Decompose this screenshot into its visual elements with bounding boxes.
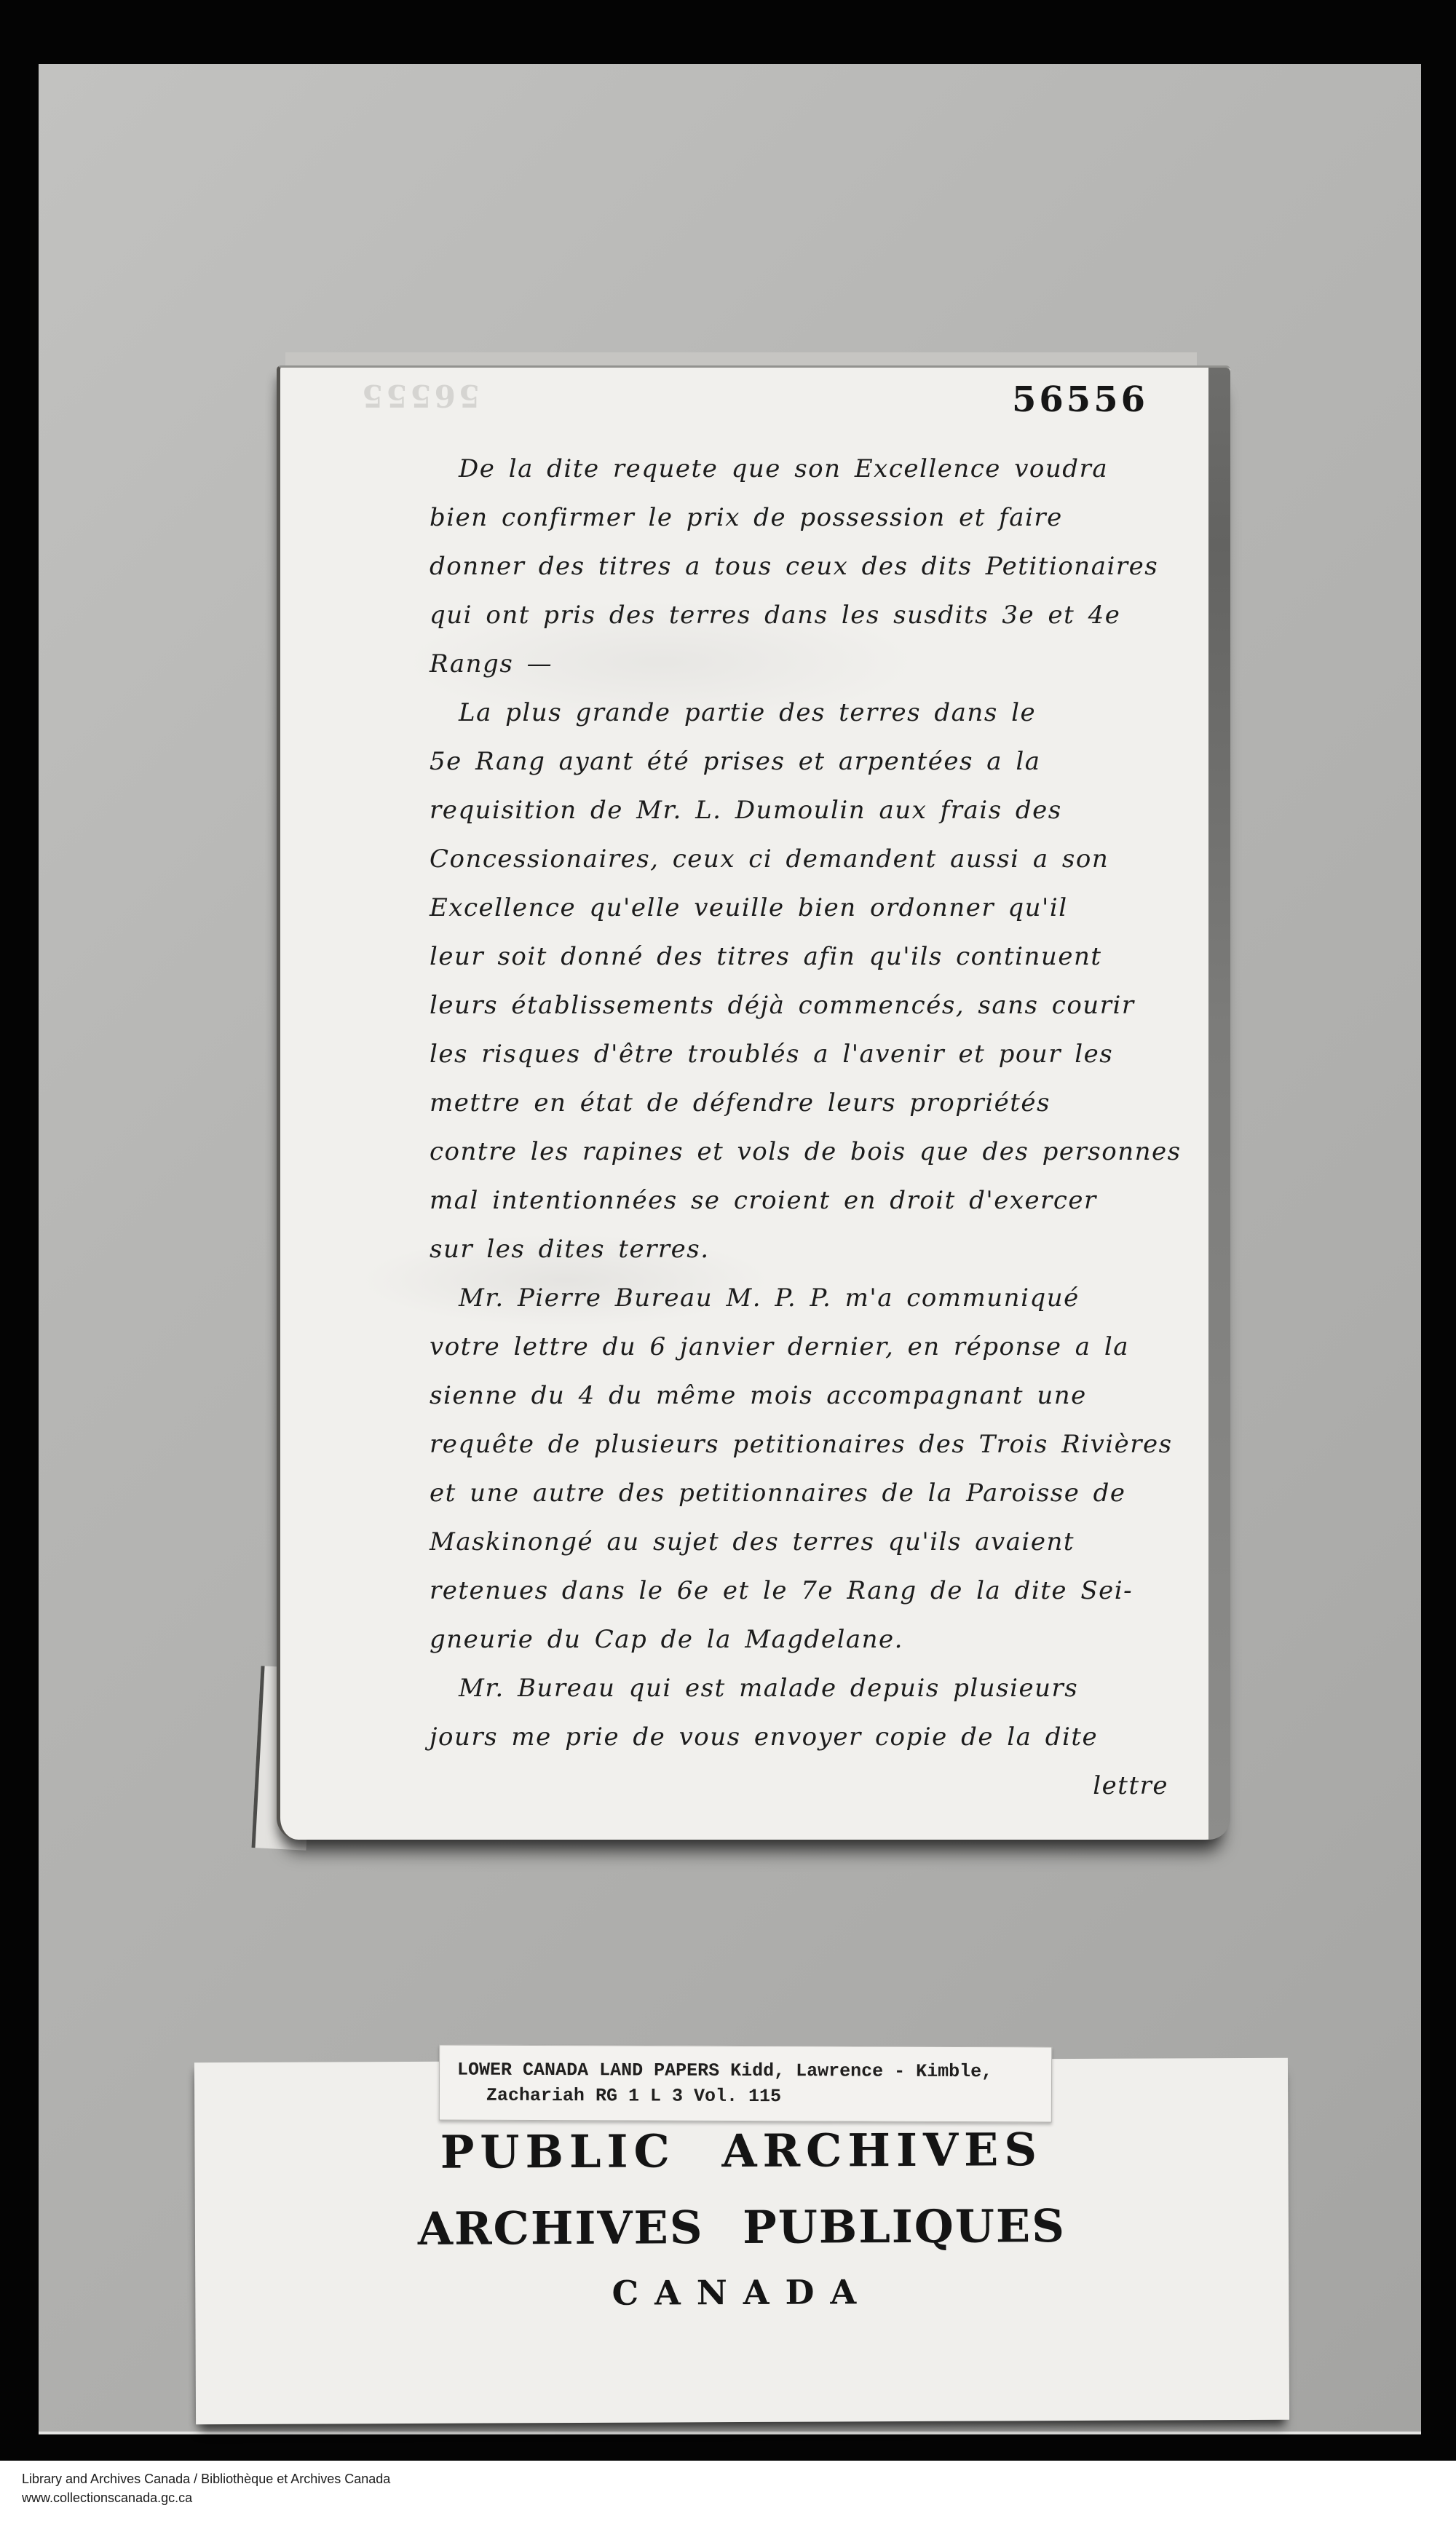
stamp-title-en: PUBLIC ARCHIVES	[194, 2122, 1288, 2180]
handwriting-line: Rangs —	[430, 640, 1234, 689]
handwriting-line: et une autre des petitionnaires de la Pa…	[430, 1469, 1234, 1518]
handwriting-line: donner des titres a tous ceux des dits P…	[430, 542, 1234, 591]
handwriting-line: leur soit donné des titres afin qu'ils c…	[430, 933, 1234, 981]
page-edge-shadow	[1208, 368, 1230, 1840]
handwriting-line: jours me prie de vous envoyer copie de l…	[430, 1713, 1234, 1762]
archive-number: 56556	[1012, 379, 1148, 420]
handwriting-block: De la dite requete que son Excellence vo…	[430, 445, 1234, 1811]
handwriting-line: Mr. Pierre Bureau M. P. P. m'a communiqu…	[430, 1274, 1234, 1323]
handwriting-line: les risques d'être troublés a l'avenir e…	[430, 1030, 1234, 1079]
handwriting-line: mettre en état de défendre leurs proprié…	[430, 1079, 1234, 1128]
photo-backdrop: 56555 56556 De la dite requete que son E…	[39, 64, 1421, 2434]
handwriting-line: Concessionaires, ceux ci demandent aussi…	[430, 835, 1234, 884]
handwriting-line: qui ont pris des terres dans les susdits…	[430, 591, 1234, 640]
handwriting-line: requisition de Mr. L. Dumoulin aux frais…	[430, 786, 1234, 835]
handwriting-line: sur les dites terres.	[430, 1225, 1234, 1274]
microfilm-scan: 56555 56556 De la dite requete que son E…	[0, 0, 1456, 2524]
handwriting-line: mal intentionnées se croient en droit d'…	[430, 1176, 1234, 1225]
handwriting-line: 5e Rang ayant été prises et arpentées a …	[430, 737, 1234, 786]
watermark-line1: Library and Archives Canada / Bibliothèq…	[22, 2469, 390, 2488]
handwriting-line: bien confirmer le prix de possession et …	[430, 494, 1234, 542]
handwriting-line: retenues dans le 6e et le 7e Rang de la …	[430, 1567, 1234, 1615]
watermark-line2: www.collectionscanada.gc.ca	[22, 2488, 390, 2507]
handwriting-line: lettre	[430, 1762, 1234, 1811]
handwriting-line: votre lettre du 6 janvier dernier, en ré…	[430, 1323, 1234, 1372]
handwriting-line: Excellence qu'elle veuille bien ordonner…	[430, 884, 1234, 933]
scan-footer: Library and Archives Canada / Bibliothèq…	[0, 2461, 1456, 2524]
handwriting-line: requête de plusieurs petitionaires des T…	[430, 1420, 1234, 1469]
watermark: Library and Archives Canada / Bibliothèq…	[22, 2469, 390, 2507]
handwriting-line: De la dite requete que son Excellence vo…	[430, 445, 1234, 494]
stamp-title-fr: ARCHIVES PUBLIQUES	[195, 2199, 1289, 2257]
handwriting-line: sienne du 4 du même mois accompagnant un…	[430, 1372, 1234, 1420]
handwriting-line: leurs établissements déjà commencés, san…	[430, 981, 1234, 1030]
typed-label-line1: LOWER CANADA LAND PAPERS Kidd, Lawrence …	[457, 2057, 1051, 2085]
typed-label-line2: Zachariah RG 1 L 3 Vol. 115	[457, 2083, 1051, 2110]
handwriting-line: Maskinongé au sujet des terres qu'ils av…	[430, 1518, 1234, 1567]
ghost-number: 56555	[359, 378, 480, 414]
manuscript-page: 56555 56556 De la dite requete que son E…	[277, 365, 1230, 1840]
stamp-country: CANADA	[195, 2271, 1289, 2315]
handwriting-line: gneurie du Cap de la Magdelane.	[430, 1615, 1234, 1664]
handwriting-line: Mr. Bureau qui est malade depuis plusieu…	[430, 1664, 1234, 1713]
handwriting-line: contre les rapines et vols de bois que d…	[430, 1128, 1234, 1176]
handwriting-line: La plus grande partie des terres dans le	[430, 689, 1234, 737]
typed-label: LOWER CANADA LAND PAPERS Kidd, Lawrence …	[439, 2045, 1052, 2123]
